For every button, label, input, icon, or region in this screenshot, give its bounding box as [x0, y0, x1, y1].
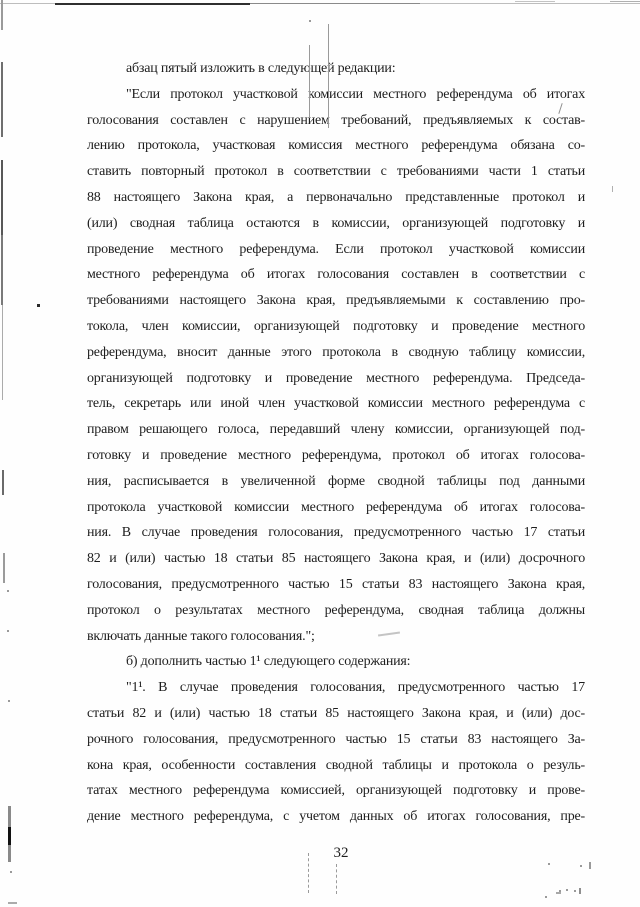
scan-artifact-left-margin-speck	[10, 871, 12, 873]
text-line: местного референдума об итогах голосован…	[87, 262, 585, 288]
scan-artifact-top-edge-line-dark	[55, 3, 250, 5]
text-line: протокола участковой комиссии местного р…	[87, 495, 585, 521]
text-line: рочного голосования, предусмотренного ча…	[87, 727, 585, 753]
text-line: б) дополнить частью 1¹ следующего содерж…	[87, 649, 585, 675]
scan-artifact-speck	[574, 890, 576, 892]
scan-artifact-speck	[580, 865, 582, 867]
text-line: ния. В случае проведения голосования, пр…	[87, 520, 585, 546]
scan-artifact-left-edge-segment	[1, 62, 3, 137]
scan-artifact-speck	[548, 863, 550, 865]
text-line: организующей подготовку и проведение мес…	[87, 366, 585, 392]
scan-artifact-fold-line-left-dot	[309, 20, 311, 22]
scan-artifact-left-edge-segment	[1, 235, 3, 305]
document-page: абзац пятый изложить в следующей редакци…	[0, 0, 640, 907]
scan-artifact-left-edge-segment	[2, 305, 3, 400]
scan-artifact-bottom-fold-line-right	[336, 864, 337, 894]
text-line: протокол о результатах местного референд…	[87, 598, 585, 624]
text-line: татах местного референдума комиссией, ор…	[87, 778, 585, 804]
scan-artifact-top-edge-line-mid	[250, 3, 420, 4]
scan-artifact-left-margin-speck	[7, 590, 9, 592]
scan-artifact-top-edge-line-right	[515, 1, 555, 2]
scan-artifact-top-edge-line-far-right	[610, 1, 640, 2]
text-line: включать данные такого голосования.";	[87, 624, 585, 650]
scan-artifact-left-edge-segment	[3, 553, 5, 583]
text-line: ния, расписывается в увеличенной форме с…	[87, 469, 585, 495]
scan-artifact-bottom-fold-line-left	[308, 853, 309, 893]
text-line: ставить повторный протокол в соответстви…	[87, 159, 585, 185]
scan-artifact-left-margin-dot	[37, 304, 40, 307]
text-line: 82 и (или) частью 18 статьи 85 настоящег…	[87, 546, 585, 572]
scan-artifact-speck	[566, 889, 568, 891]
text-line: требованиями настоящего Закона края, пре…	[87, 288, 585, 314]
scan-artifact-bottom-left-dash	[8, 902, 17, 904]
text-line: готовку и проведение местного референдум…	[87, 443, 585, 469]
text-line: токола, член комиссии, организующей подг…	[87, 314, 585, 340]
text-line: статьи 82 и (или) частью 18 статьи 85 на…	[87, 701, 585, 727]
page-number: 32	[87, 845, 585, 862]
text-line: кона края, особенности составления сводн…	[87, 753, 585, 779]
text-line: референдума, вносит данные этого протоко…	[87, 340, 585, 366]
text-block: абзац пятый изложить в следующей редакци…	[87, 56, 585, 830]
scan-artifact-left-edge-segment	[2, 470, 4, 495]
text-line: правом решающего голоса, передавший член…	[87, 417, 585, 443]
text-line: тель, секретарь или иной член участковой…	[87, 391, 585, 417]
scan-artifact-fold-line-left	[309, 45, 310, 118]
text-line: проведение местного референдума. Если пр…	[87, 237, 585, 263]
scan-artifact-left-edge-segment	[1, 160, 3, 235]
text-line: абзац пятый изложить в следующей редакци…	[87, 56, 585, 82]
text-line: лению протокола, участковая комиссия мес…	[87, 133, 585, 159]
scan-artifact-speck	[556, 892, 561, 894]
text-line: (или) сводная таблица остаются в комисси…	[87, 211, 585, 237]
text-line: голосования, предусмотренного частью 15 …	[87, 572, 585, 598]
scan-artifact-fold-line-right	[328, 24, 329, 128]
text-line: 88 настоящего Закона края, а первоначаль…	[87, 185, 585, 211]
scan-artifact-speck	[545, 896, 547, 898]
text-line: дение местного референдума, с учетом дан…	[87, 804, 585, 830]
text-line: голосования составлен с нарушением требо…	[87, 108, 585, 134]
scan-artifact-left-margin-speck	[8, 700, 10, 702]
text-line: "1¹. В случае проведения голосования, пр…	[87, 675, 585, 701]
scan-artifact-left-edge-segment	[1, 0, 3, 30]
scan-artifact-right-margin-tick	[612, 186, 613, 192]
text-line: "Если протокол участковой комиссии местн…	[87, 82, 585, 108]
scan-artifact-left-margin-speck	[7, 630, 9, 632]
scan-artifact-left-lower-bar-core	[8, 827, 11, 845]
scan-artifact-speck	[579, 888, 581, 894]
scan-artifact-speck	[589, 862, 591, 869]
